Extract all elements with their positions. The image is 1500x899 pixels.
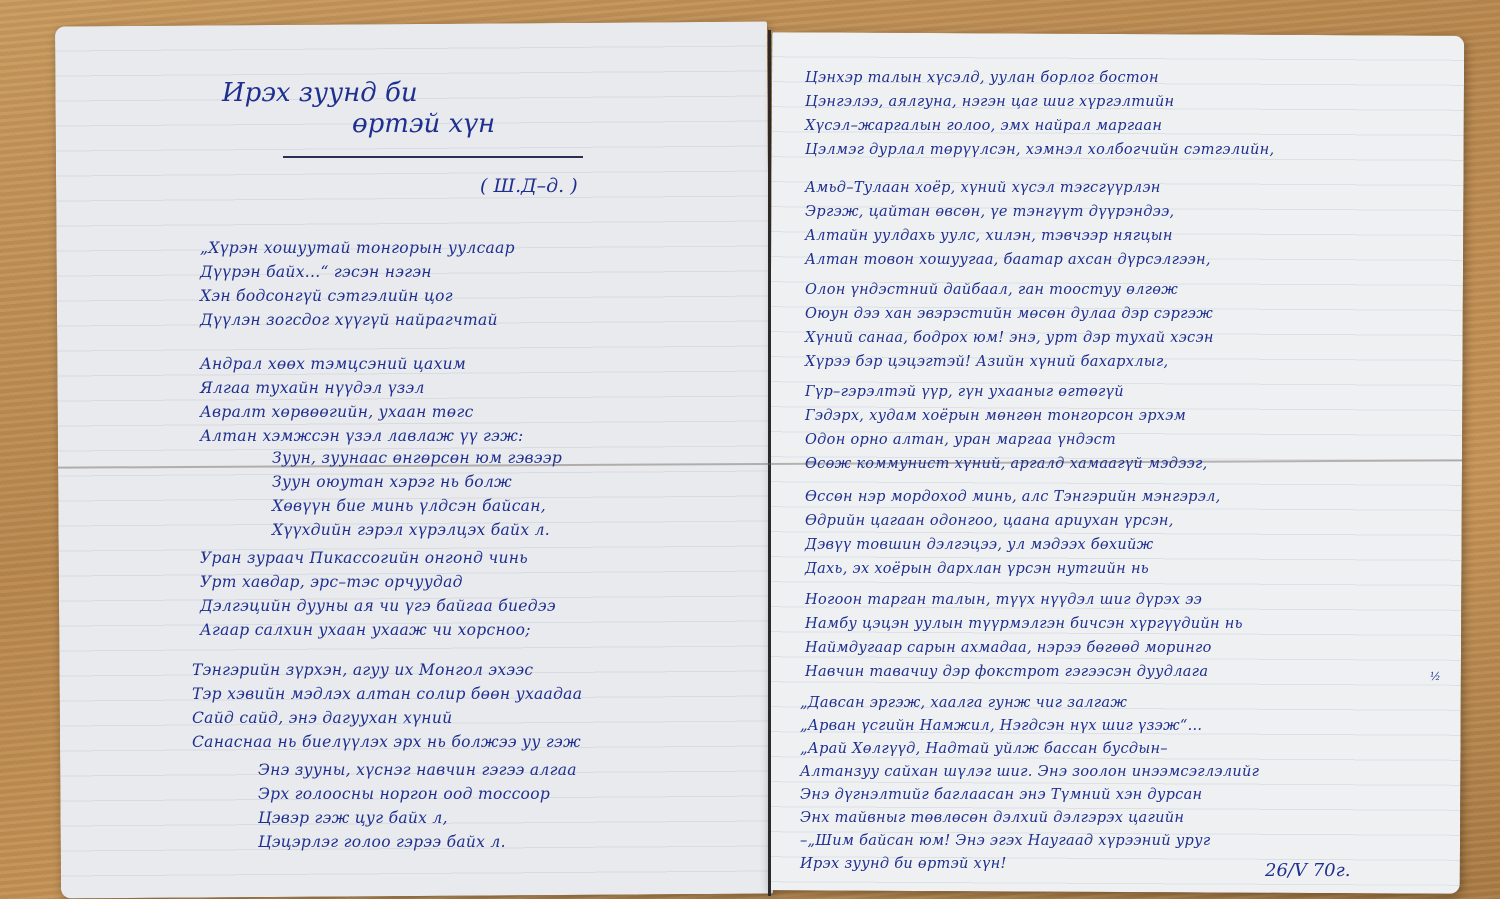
poem-line: Одон орно алтан, уран маргаа үндэст (805, 428, 1208, 452)
poem-line: Оюун дээ хан эвэрэстийн мөсөн дулаа дэр … (805, 302, 1214, 326)
poem-line: Алтайн уулдахь уулс, хилэн, тэвчээр нягц… (805, 224, 1211, 248)
poem-line: Цэнхэр талын хүсэлд, уулан борлог бостон (805, 66, 1274, 90)
poem-line: Олон үндэстний дайбаал, ган тоостуу өлгө… (805, 278, 1214, 302)
poem-line: Агаар салхин ухаан ухааж чи хорсноо; (200, 618, 556, 642)
poem-line: Дахь, эх хоёрын дархлан үрсэн нутгийн нь (805, 557, 1221, 581)
poem-line: Алтан хэмжсэн үзэл лавлаж үү гэж: (200, 424, 524, 448)
poem-line: Дүүлэн зогсдог хүүгүй найрагчтай (200, 308, 515, 332)
poem-line: Ирэх зуунд би өртэй хүн! (800, 853, 1259, 876)
poem-line: Амьд–Тулаан хоёр, хүний хүсэл тэгсгүүрлэ… (805, 176, 1211, 200)
poem-line: Өсөж коммунист хүний, аргалд хамаагүй мэ… (805, 452, 1208, 476)
poem-line: Цэцэрлэг голоо гэрээ байх л. (258, 830, 577, 854)
poem-line: Ногоон тарган талын, түүх нүүдэл шиг дүр… (805, 588, 1243, 612)
poem-line: Намбу цэцэн уулын түүрмэлгэн бичсэн хүрг… (805, 612, 1243, 636)
poem-line: Зуун, зуунаас өнгөрсөн юм гэвээр (272, 446, 562, 470)
poem-line: Дүүрэн байх...“ гэсэн нэгэн (200, 260, 515, 284)
poem-line: Цэнгэлээ, аялгуна, нэгэн цаг шиг хүргэлт… (805, 90, 1274, 114)
poem-line: Санаснаа нь биелүүлэх эрх нь болжээ уу г… (192, 730, 582, 754)
left-stanza-3: Зуун, зуунаас өнгөрсөн юм гэвээр Зуун ою… (272, 446, 562, 542)
page-mark: ½ (1430, 670, 1441, 683)
poem-line: Эрх голоосны норгон оод тоссоор (258, 782, 577, 806)
poem-title: Ирэх зуунд би өртэй хүн (222, 78, 495, 140)
poem-line: „Хүрэн хошуутай тонгорын уулсаар (200, 236, 515, 260)
poem-line: Тэнгэрийн зүрхэн, агуу их Монгол эхээс (192, 658, 582, 682)
poem-line: Навчин тавачиу дэр фокстрот гэгээсэн дуу… (805, 660, 1243, 684)
poem-line: Гүр–гэрэлтэй үүр, гүн ухааныг өгтөгүй (805, 380, 1208, 404)
poem-line: Хүүхдийн гэрэл хүрэлцэх байх л. (272, 518, 562, 542)
left-stanza-6: Энэ зууны, хүснэг навчин гэгээ алгаа Эрх… (258, 758, 577, 854)
poem-line: Өдрийн цагаан одонгоо, цаана ариухан үрс… (805, 509, 1221, 533)
poem-line: Урт хавдар, эрс–тэс орчуудад (200, 570, 556, 594)
right-stanza-1: Цэнхэр талын хүсэлд, уулан борлог бостон… (805, 66, 1274, 162)
poem-line: Алтан товон хошуугаа, баатар ахсан дүрсэ… (805, 248, 1211, 272)
poem-line: „Арай Хөлгүүд, Надтай уйлж бассан бусдын… (800, 738, 1259, 761)
poem-line: Цэвэр гэж цуг байх л, (258, 806, 577, 830)
poem-line: Хүрээ бэр цэцэгтэй! Азийн хүний бахархлы… (805, 350, 1214, 374)
right-stanza-5: Өссөн нэр мордоход минь, алс Тэнгэрийн м… (805, 485, 1221, 581)
poem-line: Сайд сайд, энэ дагуухан хүний (192, 706, 582, 730)
right-stanza-6: Ногоон тарган талын, түүх нүүдэл шиг дүр… (805, 588, 1243, 684)
left-stanza-4: Уран зураач Пикассогийн онгонд чинь Урт … (200, 546, 556, 642)
poem-line: Хүний санаа, бодрох юм! энэ, урт дэр тух… (805, 326, 1214, 350)
poem-line: Авралт хөрвөөгийн, ухаан төгс (200, 400, 524, 424)
poem-line: Өссөн нэр мордоход минь, алс Тэнгэрийн м… (805, 485, 1221, 509)
poem-line: Хэн бодсонгүй сэтгэлийн цог (200, 284, 515, 308)
poem-line: –„Шим байсан юм! Энэ эгэх Наугаад хүрээн… (800, 830, 1259, 853)
right-stanza-4: Гүр–гэрэлтэй үүр, гүн ухааныг өгтөгүй Гэ… (805, 380, 1208, 476)
title-line-1: Ирэх зуунд би (222, 78, 418, 108)
manuscript-date: 26/V 70г. (1265, 860, 1350, 881)
poem-line: Андрал хөөх тэмцсэний цахим (200, 352, 524, 376)
poem-line: Гэдэрх, худам хоёрын мөнгөн тонгорсон эр… (805, 404, 1208, 428)
poem-line: Зуун оюутан хэрэг нь болж (272, 470, 562, 494)
left-stanza-1: „Хүрэн хошуутай тонгорын уулсаар Дүүрэн … (200, 236, 515, 332)
poem-line: Цэлмэг дурлал төрүүлсэн, хэмнэл холбогчи… (805, 138, 1274, 162)
poem-line: Дэлгэцийн дууны ая чи үгэ байгаа биедээ (200, 594, 556, 618)
right-stanza-3: Олон үндэстний дайбаал, ган тоостуу өлгө… (805, 278, 1214, 374)
poem-line: Наймдугаар сарын ахмадаа, нэрээ бөгөөд м… (805, 636, 1243, 660)
poem-line: Тэр хэвийн мэдлэх алтан солир бөөн ухаад… (192, 682, 582, 706)
poem-line: Эргэж, цайтан өвсөн, үе тэнгүүт дүүрэндэ… (805, 200, 1211, 224)
title-line-2: өртэй хүн (222, 109, 495, 140)
poem-line: Энх тайвныг төвлөсөн дэлхий дэлгэрэх цаг… (800, 807, 1259, 830)
poem-line: „Арван үсгийн Намжил, Нэгдсэн нүх шиг үз… (800, 715, 1259, 738)
poem-line: Алтанзуу сайхан шүлэг шиг. Энэ зоолон ин… (800, 761, 1259, 784)
poem-line: Энэ зууны, хүснэг навчин гэгээ алгаа (258, 758, 577, 782)
right-stanza-2: Амьд–Тулаан хоёр, хүний хүсэл тэгсгүүрлэ… (805, 176, 1211, 272)
title-underline (283, 156, 583, 158)
poem-line: Энэ дүгнэлтийг баглаасан энэ Түмний хэн … (800, 784, 1259, 807)
left-stanza-2: Андрал хөөх тэмцсэний цахим Ялгаа тухайн… (200, 352, 524, 448)
poem-line: Ялгаа тухайн нүүдэл үзэл (200, 376, 524, 400)
right-stanza-7: „Давсан эргэж, хаалга гунж чиг залгаж „А… (800, 692, 1259, 876)
poem-line: Хүсэл–жаргалын голоо, эмх найрал маргаан (805, 114, 1274, 138)
poem-line: Уран зураач Пикассогийн онгонд чинь (200, 546, 556, 570)
poem-line: Дэвүү товшин дэлгэцээ, ул мэдээх бөхийж (805, 533, 1221, 557)
poem-line: Хөвүүн бие минь үлдсэн байсан, (272, 494, 562, 518)
author-initials: ( Ш.Д–д. ) (480, 175, 578, 197)
left-stanza-5: Тэнгэрийн зүрхэн, агуу их Монгол эхээс Т… (192, 658, 582, 754)
poem-line: „Давсан эргэж, хаалга гунж чиг залгаж (800, 692, 1259, 715)
